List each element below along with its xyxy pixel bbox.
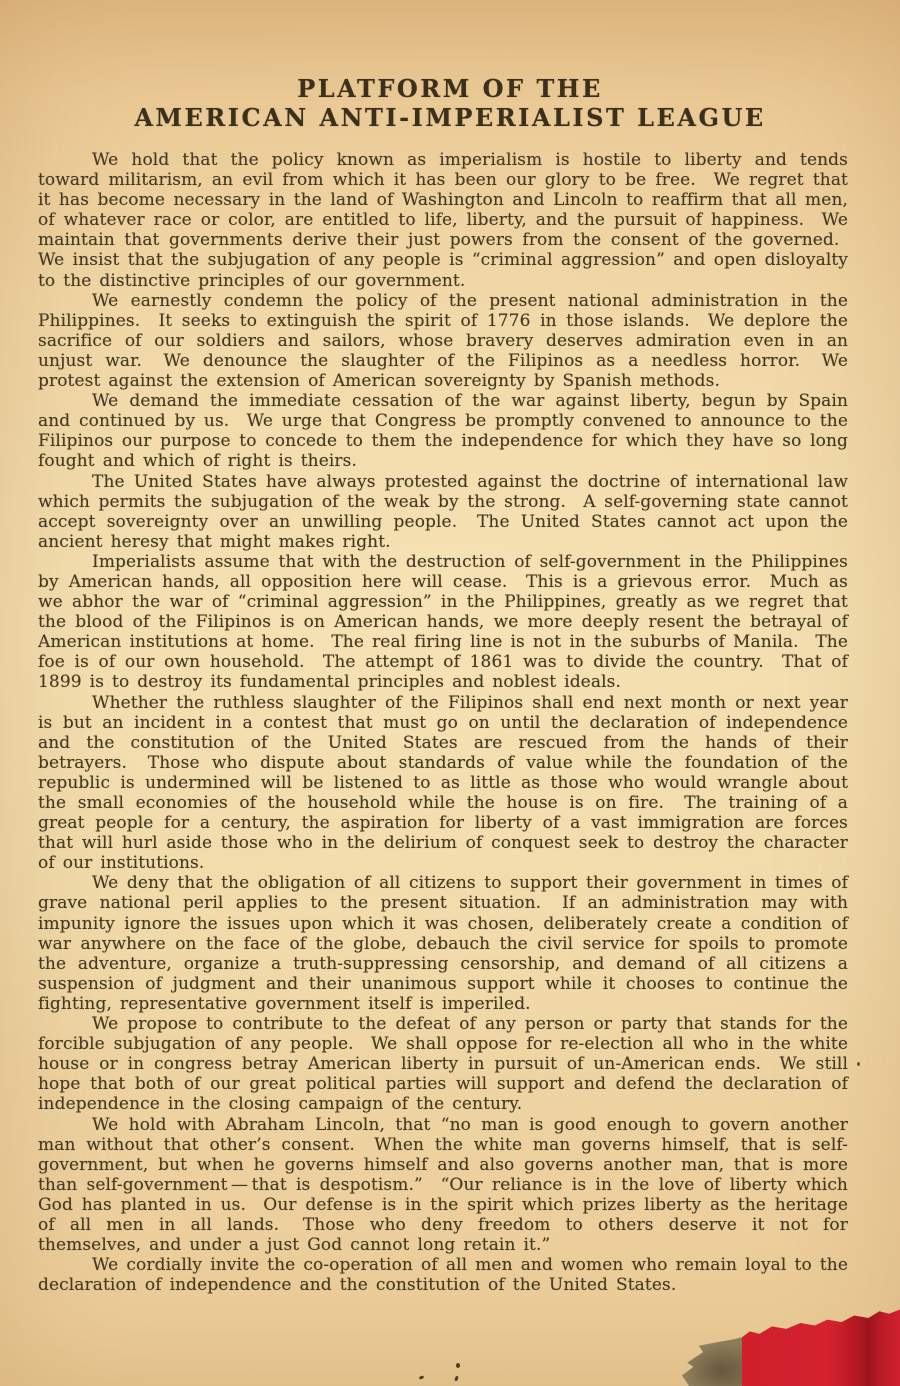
title-line-2: AMERICAN ANTI-IMPERIALIST LEAGUE [0,103,900,132]
ink-speck [419,1375,425,1380]
paragraph-abraham-lincoln-quote: We hold with Abraham Lincoln, that “no m… [38,1115,848,1256]
paragraph-demand-cessation: We demand the immediate cessation of the… [38,391,848,471]
paragraph-earnestly-condemn: We earnestly condemn the policy of the p… [38,291,848,391]
ink-speck [456,1363,460,1368]
paragraph-imperialists-assume: Imperialists assume that with the destru… [38,552,848,693]
paragraph-whether-ruthless-slaughter: Whether the ruthless slaughter of the Fi… [38,693,848,874]
paragraph-we-deny-obligation: We deny that the obligation of all citiz… [38,873,848,1014]
ink-speck [454,1376,459,1382]
document-body: We hold that the policy known as imperia… [38,150,848,1295]
document-page: PLATFORM OF THE AMERICAN ANTI-IMPERIALIS… [0,0,900,1386]
title-line-1: PLATFORM OF THE [0,74,900,103]
document-title: PLATFORM OF THE AMERICAN ANTI-IMPERIALIS… [0,0,900,132]
torn-paper-fragment-red [742,1302,900,1386]
ink-speck [857,1062,860,1066]
paragraph-we-hold-policy: We hold that the policy known as imperia… [38,150,848,291]
paragraph-we-propose-defeat: We propose to contribute to the defeat o… [38,1014,848,1114]
paragraph-cordially-invite: We cordially invite the co-operation of … [38,1255,848,1295]
paragraph-united-states-protested: The United States have always protested … [38,472,848,552]
